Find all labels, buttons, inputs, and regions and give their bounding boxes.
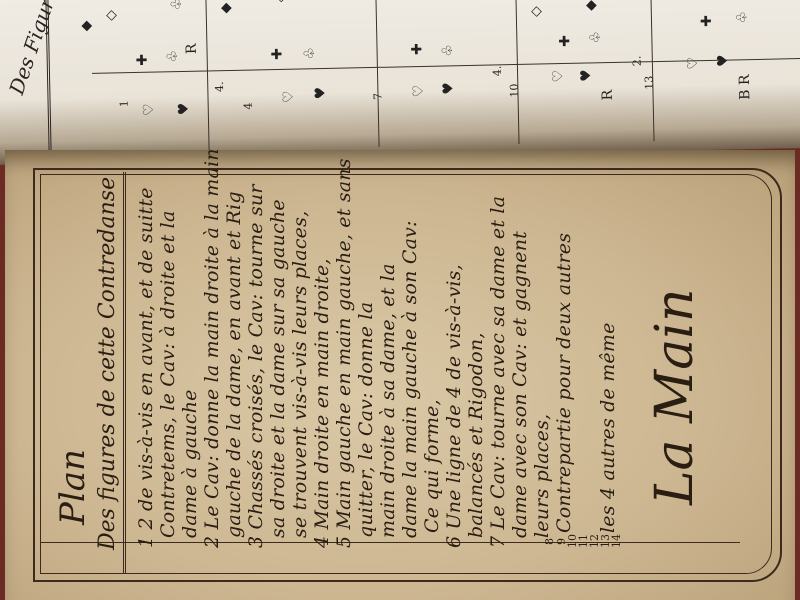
instruction-line: dame avec son Cav: et gagnent (509, 231, 531, 538)
heart-symbol-icon: ♥ (441, 82, 457, 95)
club-outline-symbol-icon: ♧ (440, 44, 456, 57)
instruction-line: 3 Chassés croisés, le Cav: tourne sur (245, 184, 267, 548)
dance-title: La Main (645, 289, 705, 505)
heart-outline-symbol-icon: ♡ (141, 103, 157, 116)
upper-page-border (45, 0, 800, 159)
club-outline-symbol-icon: ♧ (734, 11, 750, 24)
club-outline-symbol-icon: ♧ (165, 50, 181, 63)
instruction-line: Contretems, le Cav: à droite et la (157, 211, 179, 538)
instruction-line: main droite à sa dame, et la (377, 263, 399, 538)
diamond-symbol-icon: ◆ (583, 0, 599, 11)
figure-number: 4. (491, 66, 504, 77)
title-divider-rule (123, 172, 126, 574)
page-title: Plan (53, 449, 93, 525)
lower-book-page: Plan Des figures de cette Contredanse 1 … (5, 150, 795, 600)
heart-symbol-icon: ♥ (313, 87, 329, 100)
instruction-line: se trouvent vis-à-vis leurs places, (289, 211, 311, 538)
mark-r: R (600, 90, 616, 101)
club-symbol-icon: ✚ (557, 35, 573, 47)
heart-outline-symbol-icon: ♡ (411, 85, 427, 98)
heart-symbol-icon: ♥ (578, 69, 594, 82)
instruction-line: leurs places, (531, 414, 553, 538)
heart-outline-symbol-icon: ♡ (685, 57, 701, 70)
heart-outline-symbol-icon: ♡ (550, 70, 566, 83)
club-symbol-icon: ✚ (699, 15, 715, 27)
figure-number: 7 (371, 93, 384, 100)
instruction-line: balancés et Rigodon, (465, 332, 487, 538)
club-outline-symbol-icon: ♧ (302, 47, 318, 60)
mark-r: R (184, 43, 200, 54)
instruction-line: dame à gauche (179, 389, 201, 538)
figure-number: 13 (643, 76, 656, 90)
figure-number: 4 (242, 102, 255, 109)
diamond-outline-symbol-icon: ◇ (528, 6, 544, 17)
instruction-line: 6 Une ligne de 4 de vis-à-vis, (443, 264, 465, 548)
page-subtitle: Des figures de cette Contredanse (95, 177, 120, 550)
heart-symbol-icon: ♥ (715, 54, 731, 67)
instruction-line: gauche de la dame, en avant et Rig (223, 191, 245, 538)
instruction-line: 5 Main gauche en main gauche, et sans (333, 158, 355, 548)
diamond-symbol-icon: ◆ (218, 3, 234, 14)
mark-br: B R (737, 74, 754, 100)
club-outline-symbol-icon: ♧ (169, 0, 185, 11)
diamond-outline-symbol-icon: ◇ (273, 0, 289, 2)
instruction-line: 2 Le Cav: donne la main droite à la main (201, 148, 223, 548)
instruction-line: 7 Le Cav: tourne avec sa dame et la (487, 196, 509, 548)
figure-number: 2. (630, 56, 643, 67)
figure-number: 4. (213, 81, 226, 92)
instruction-line: 4 Main droite en main droite, (311, 258, 333, 548)
range-number: 14 (610, 534, 623, 548)
instruction-line: Contrepartie pour deux autres (553, 233, 575, 533)
club-symbol-icon: ✚ (134, 54, 150, 66)
diamond-outline-symbol-icon: ◇ (103, 10, 119, 21)
figure-number: 1 (118, 100, 131, 107)
instruction-line: dame la main gauche à son Cav: (399, 220, 421, 538)
heart-symbol-icon: ♥ (176, 103, 192, 116)
instruction-line: Ce qui forme, (421, 399, 443, 533)
instruction-line: quitter, le Cav: donne la (355, 302, 377, 538)
upper-book-page: Des Figures de cette 1 4 7 10 13 4. 2. 4… (0, 0, 800, 165)
heart-outline-symbol-icon: ♡ (281, 90, 297, 103)
instruction-line: sa droite et la dame sur sa gauche (267, 199, 289, 538)
club-symbol-icon: ✚ (409, 43, 425, 55)
club-symbol-icon: ✚ (269, 48, 285, 60)
instruction-line: les 4 autres de même (597, 322, 619, 533)
diamond-symbol-icon: ◆ (78, 20, 94, 31)
instruction-line: 1 2 de vis-à-vis en avant, et de suitte (135, 187, 157, 548)
figure-number: 10 (508, 83, 521, 97)
club-outline-symbol-icon: ♧ (587, 31, 603, 44)
